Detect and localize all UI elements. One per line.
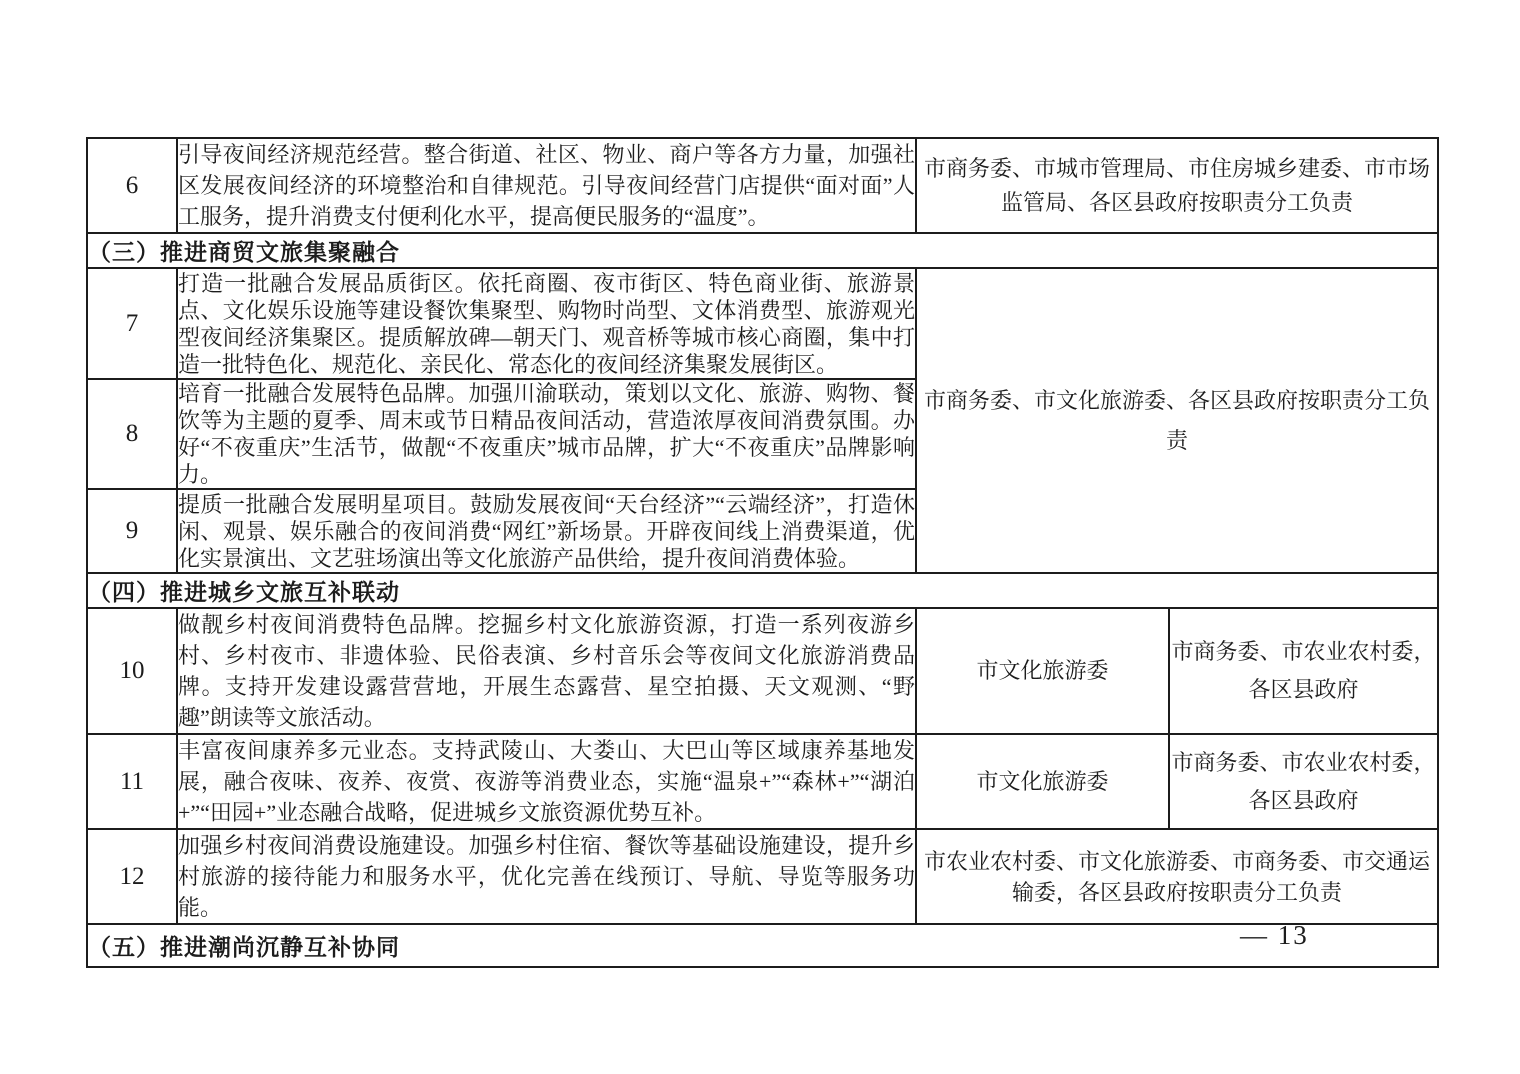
task-text: 丰富夜间康养多元业态。支持武陵山、大娄山、大巴山等区域康养基地发展，融合夜味、夜… [177, 734, 916, 829]
section-row: （五）推进潮尚沉静互补协同 [87, 924, 1438, 967]
responsible-dept-primary: 市文化旅游委 [916, 734, 1169, 829]
row-number: 6 [87, 138, 177, 233]
responsible-dept-primary: 市文化旅游委 [916, 608, 1169, 734]
responsible-dept-secondary: 市商务委、市农业农村委，各区县政府 [1169, 608, 1438, 734]
section-header: （五）推进潮尚沉静互补协同 [87, 924, 1438, 967]
row-number: 11 [87, 734, 177, 829]
table-row: 7打造一批融合发展品质街区。依托商圈、夜市街区、特色商业街、旅游景点、文化娱乐设… [87, 268, 1438, 379]
table-row: 6引导夜间经济规范经营。整合街道、社区、物业、商户等各方力量，加强社区发展夜间经… [87, 138, 1438, 233]
row-number: 12 [87, 829, 177, 924]
table-row: 12加强乡村夜间消费设施建设。加强乡村住宿、餐饮等基础设施建设，提升乡村旅游的接… [87, 829, 1438, 924]
task-text: 提质一批融合发展明星项目。鼓励发展夜间“天台经济”“云端经济”，打造休闲、观景、… [177, 489, 916, 573]
row-number: 7 [87, 268, 177, 379]
task-text: 打造一批融合发展品质街区。依托商圈、夜市街区、特色商业街、旅游景点、文化娱乐设施… [177, 268, 916, 379]
row-number: 8 [87, 379, 177, 489]
responsibility-table: 6引导夜间经济规范经营。整合街道、社区、物业、商户等各方力量，加强社区发展夜间经… [86, 137, 1439, 968]
row-number: 9 [87, 489, 177, 573]
task-text: 做靓乡村夜间消费特色品牌。挖掘乡村文化旅游资源，打造一系列夜游乡村、乡村夜市、非… [177, 608, 916, 734]
row-number: 10 [87, 608, 177, 734]
section-header: （三）推进商贸文旅集聚融合 [87, 233, 1438, 268]
plan-table-body: 6引导夜间经济规范经营。整合街道、社区、物业、商户等各方力量，加强社区发展夜间经… [87, 138, 1438, 967]
section-row: （三）推进商贸文旅集聚融合 [87, 233, 1438, 268]
page-number: — 13 [1240, 920, 1309, 951]
responsible-dept: 市商务委、市文化旅游委、各区县政府按职责分工负责 [916, 268, 1438, 573]
responsible-dept-secondary: 市商务委、市农业农村委，各区县政府 [1169, 734, 1438, 829]
responsible-dept: 市商务委、市城市管理局、市住房城乡建委、市市场监管局、各区县政府按职责分工负责 [916, 138, 1438, 233]
task-text: 加强乡村夜间消费设施建设。加强乡村住宿、餐饮等基础设施建设，提升乡村旅游的接待能… [177, 829, 916, 924]
table-row: 11丰富夜间康养多元业态。支持武陵山、大娄山、大巴山等区域康养基地发展，融合夜味… [87, 734, 1438, 829]
section-row: （四）推进城乡文旅互补联动 [87, 573, 1438, 608]
task-text: 培育一批融合发展特色品牌。加强川渝联动，策划以文化、旅游、购物、餐饮等为主题的夏… [177, 379, 916, 489]
section-header: （四）推进城乡文旅互补联动 [87, 573, 1438, 608]
responsible-dept: 市农业农村委、市文化旅游委、市商务委、市交通运输委，各区县政府按职责分工负责 [916, 829, 1438, 924]
table-row: 10做靓乡村夜间消费特色品牌。挖掘乡村文化旅游资源，打造一系列夜游乡村、乡村夜市… [87, 608, 1438, 734]
document-page: 6引导夜间经济规范经营。整合街道、社区、物业、商户等各方力量，加强社区发展夜间经… [0, 0, 1520, 1074]
task-text: 引导夜间经济规范经营。整合街道、社区、物业、商户等各方力量，加强社区发展夜间经济… [177, 138, 916, 233]
